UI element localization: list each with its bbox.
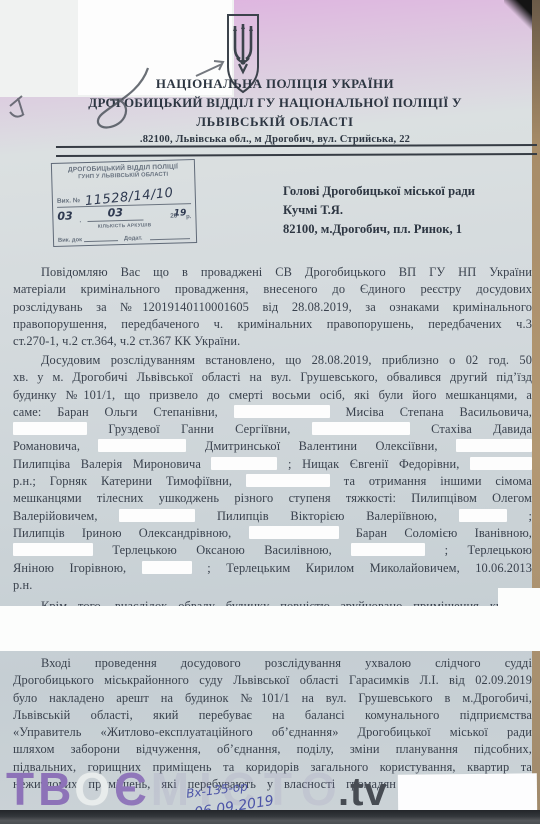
redaction-box: [459, 509, 507, 522]
body-text: саме: Баран Ольги Степанівни,: [13, 405, 218, 419]
body-text: Дрогобицького міськрайонного суду Львівс…: [13, 673, 532, 687]
redaction-box: [234, 405, 330, 418]
body-line: матеріали кримінального провадження, вне…: [13, 281, 532, 298]
body-text: Пилипців Іриною Олександрівною,: [13, 526, 231, 540]
watermark-tv-suffix: .tv: [338, 770, 388, 815]
body-text: ;: [528, 509, 532, 523]
body-text: та отримання іншими сімома: [344, 474, 532, 488]
body-text: Терлецькою Оксаною Василівною,: [112, 543, 331, 557]
body-line: Львівській області, який перебуває на ба…: [13, 707, 532, 724]
body-line: розслідувань за №12019140110001605 від 2…: [13, 299, 532, 316]
watermark-tvoemisto: ТВОЄМІСТО: [6, 766, 347, 812]
body-line: мешканцями тілесних ушкоджень різного ст…: [13, 490, 532, 507]
body-paragraph: Повідомляю Вас що в проваджені СВ Дрогоб…: [13, 264, 532, 350]
body-line: Груздевої Ганни Сергіївни, Стахіва Давид…: [13, 421, 532, 438]
body-text: було накладено арешт на будинок №101/1 н…: [13, 691, 532, 705]
stamp-date-day-handwritten: 03: [57, 209, 73, 222]
body-line: Яніною Ігорівною, ; Терлецьким Кирилом М…: [13, 560, 532, 577]
body-text: Дмитринської Валентини Олексіївни,: [205, 439, 438, 453]
body-text: ; Нищак Євгенії Федорівни,: [288, 457, 459, 471]
stamp-outgoing-label: Вих. №: [57, 197, 80, 205]
body-line: було накладено арешт на будинок №101/1 н…: [13, 690, 532, 707]
addressee-address: 82100, м.Дрогобич, пл. Ринок, 1: [283, 220, 475, 239]
redaction-box: [456, 439, 532, 452]
stamp-year-suffix: р.: [186, 214, 192, 220]
org-name-line1: НАЦІОНАЛЬНА ПОЛІЦІЯ УКРАЇНИ: [30, 76, 520, 92]
body-text: шляхом заборони відчуження, об’єднання, …: [13, 742, 532, 756]
body-text: Валерійовичем,: [13, 509, 98, 523]
body-text: правопорушення, передбаченого ч. криміна…: [13, 317, 532, 331]
body-text: мешканцями тілесних ушкоджень різного ст…: [13, 491, 532, 505]
letterhead: НАЦІОНАЛЬНА ПОЛІЦІЯ УКРАЇНИ ДРОГОБИЦЬКИЙ…: [30, 76, 520, 145]
redaction-box-bottom-right: [398, 773, 537, 812]
scanned-document-photo: НАЦІОНАЛЬНА ПОЛІЦІЯ УКРАЇНИ ДРОГОБИЦЬКИЙ…: [0, 0, 540, 824]
stamp-exec-blank: [84, 240, 118, 242]
body-line: Валерійовичем, Пилипців Вікторією Валері…: [13, 508, 532, 525]
body-text: р.н.; Горняк Катерини Тимофіївни,: [13, 474, 232, 488]
body-line: ст.270-1, ч.2 ст.364, ч.2 ст.367 КК Укра…: [13, 333, 532, 350]
redaction-box: [142, 561, 192, 574]
addressee-name: Кучмі Т.Я.: [283, 201, 475, 220]
body-text: Стахіва Давида: [431, 422, 532, 436]
body-text: будинку №101/1, що призвело до смерті во…: [13, 388, 532, 402]
redaction-box: [119, 509, 195, 522]
body-line: Терлецькою Оксаною Василівною, ; Терлець…: [13, 542, 532, 559]
letterhead-divider: [56, 144, 537, 157]
body-text: Романовича,: [13, 439, 80, 453]
body-text: Пилипців Вікторією Валеріївною,: [217, 509, 437, 523]
body-text: ; Терлецькою: [445, 543, 532, 557]
body-line: Вході проведення досудового розслідуванн…: [13, 655, 532, 672]
stamp-attach-blank: [150, 238, 190, 240]
stamp-attach-label: Додат.: [124, 235, 143, 242]
body-line: хв. у м. Дрогобичі Львівської області на…: [13, 369, 532, 386]
redaction-box: [249, 526, 339, 539]
body-text: Яніною Ігорівною,: [13, 561, 126, 575]
body-line: Дрогобицького міськрайонного суду Львівс…: [13, 672, 532, 689]
redaction-box: [246, 474, 330, 487]
redaction-box: [13, 543, 93, 556]
redaction-box: [312, 422, 410, 435]
body-text: Вході проведення досудового розслідуванн…: [41, 656, 532, 670]
redaction-band: [0, 606, 540, 651]
redaction-box: [211, 457, 277, 470]
body-text: Львівській області, який перебуває на ба…: [13, 708, 532, 722]
addressee-block: Голові Дрогобицької міської ради Кучмі Т…: [283, 182, 475, 239]
body-text: «Управитель «Житлово-експлуатаційного об…: [13, 725, 532, 739]
stamp-exec-label: Вик. док: [58, 237, 82, 244]
body-line: Пилипціва Валерія Мироновича ; Нищак Євг…: [13, 456, 532, 473]
body-text: розслідувань за №12019140110001605 від 2…: [13, 300, 532, 314]
redaction-box: [13, 422, 87, 435]
registration-stamp: ДРОГОБИЦЬКИЙ ВІДДІЛ ПОЛІЦІЇ ГУНП У ЛЬВІВ…: [51, 159, 197, 247]
redaction-box: [351, 543, 425, 556]
stamp-year-handwritten: 19: [174, 208, 187, 218]
addressee-title: Голові Дрогобицької міської ради: [283, 182, 475, 201]
redaction-box: [470, 457, 532, 470]
org-name-line2: ДРОГОБИЦЬКИЙ ВІДДІЛ ГУ НАЦІОНАЛЬНОЇ ПОЛІ…: [30, 95, 520, 111]
stamp-date-month-handwritten: 03: [107, 206, 123, 219]
body-line: саме: Баран Ольги Степанівни, Мисіва Сте…: [13, 404, 532, 421]
body-line: «Управитель «Житлово-експлуатаційного об…: [13, 724, 532, 741]
body-line: Пилипців Іриною Олександрівною, Баран Со…: [13, 525, 532, 542]
stamp-date-separator: .: [79, 217, 81, 224]
body-line: р.н.: [13, 577, 532, 594]
body-paragraph: Досудовим розслідуванням встановлено, що…: [13, 352, 532, 594]
watermark-letter-o: О: [74, 763, 114, 815]
org-name-line3: ЛЬВІВСЬКІЙ ОБЛАСТІ: [30, 114, 520, 130]
body-text: ст.270-1, ч.2 ст.364, ч.2 ст.367 КК Укра…: [13, 334, 240, 348]
watermark-letters-tv: ТВ: [6, 763, 74, 815]
body-text: Мисіва Степана Васильовича,: [346, 405, 532, 419]
body-line: Романовича, Дмитринської Валентини Олекс…: [13, 438, 532, 455]
body-text: Пилипціва Валерія Мироновича: [13, 457, 201, 471]
body-line: будинку №101/1, що призвело до смерті во…: [13, 387, 532, 404]
body-text: хв. у м. Дрогобичі Львівської області на…: [13, 370, 532, 384]
body-text: Груздевої Ганни Сергіївни,: [108, 422, 290, 436]
body-text: р.н.: [13, 578, 32, 592]
body-line: р.н.; Горняк Катерини Тимофіївни, та отр…: [13, 473, 532, 490]
redaction-box: [98, 439, 186, 452]
body-line: Повідомляю Вас що в проваджені СВ Дрогоб…: [13, 264, 532, 281]
body-text: Баран Соломією Іванівною,: [356, 526, 532, 540]
body-text: матеріали кримінального провадження, вне…: [13, 282, 532, 296]
body-text: Досудовим розслідуванням встановлено, що…: [41, 353, 532, 367]
body-line: Досудовим розслідуванням встановлено, що…: [13, 352, 532, 369]
body-text: ; Терлецьким Кирилом Миколайовичем, 10.0…: [207, 561, 532, 575]
body-text: Повідомляю Вас що в проваджені СВ Дрогоб…: [41, 265, 532, 279]
body-line: правопорушення, передбаченого ч. криміна…: [13, 316, 532, 333]
photo-bottom-edge: [0, 810, 540, 824]
body-line: шляхом заборони відчуження, об’єднання, …: [13, 741, 532, 758]
watermark-letter-ye: Є: [114, 763, 151, 815]
table-edge: [532, 0, 540, 824]
